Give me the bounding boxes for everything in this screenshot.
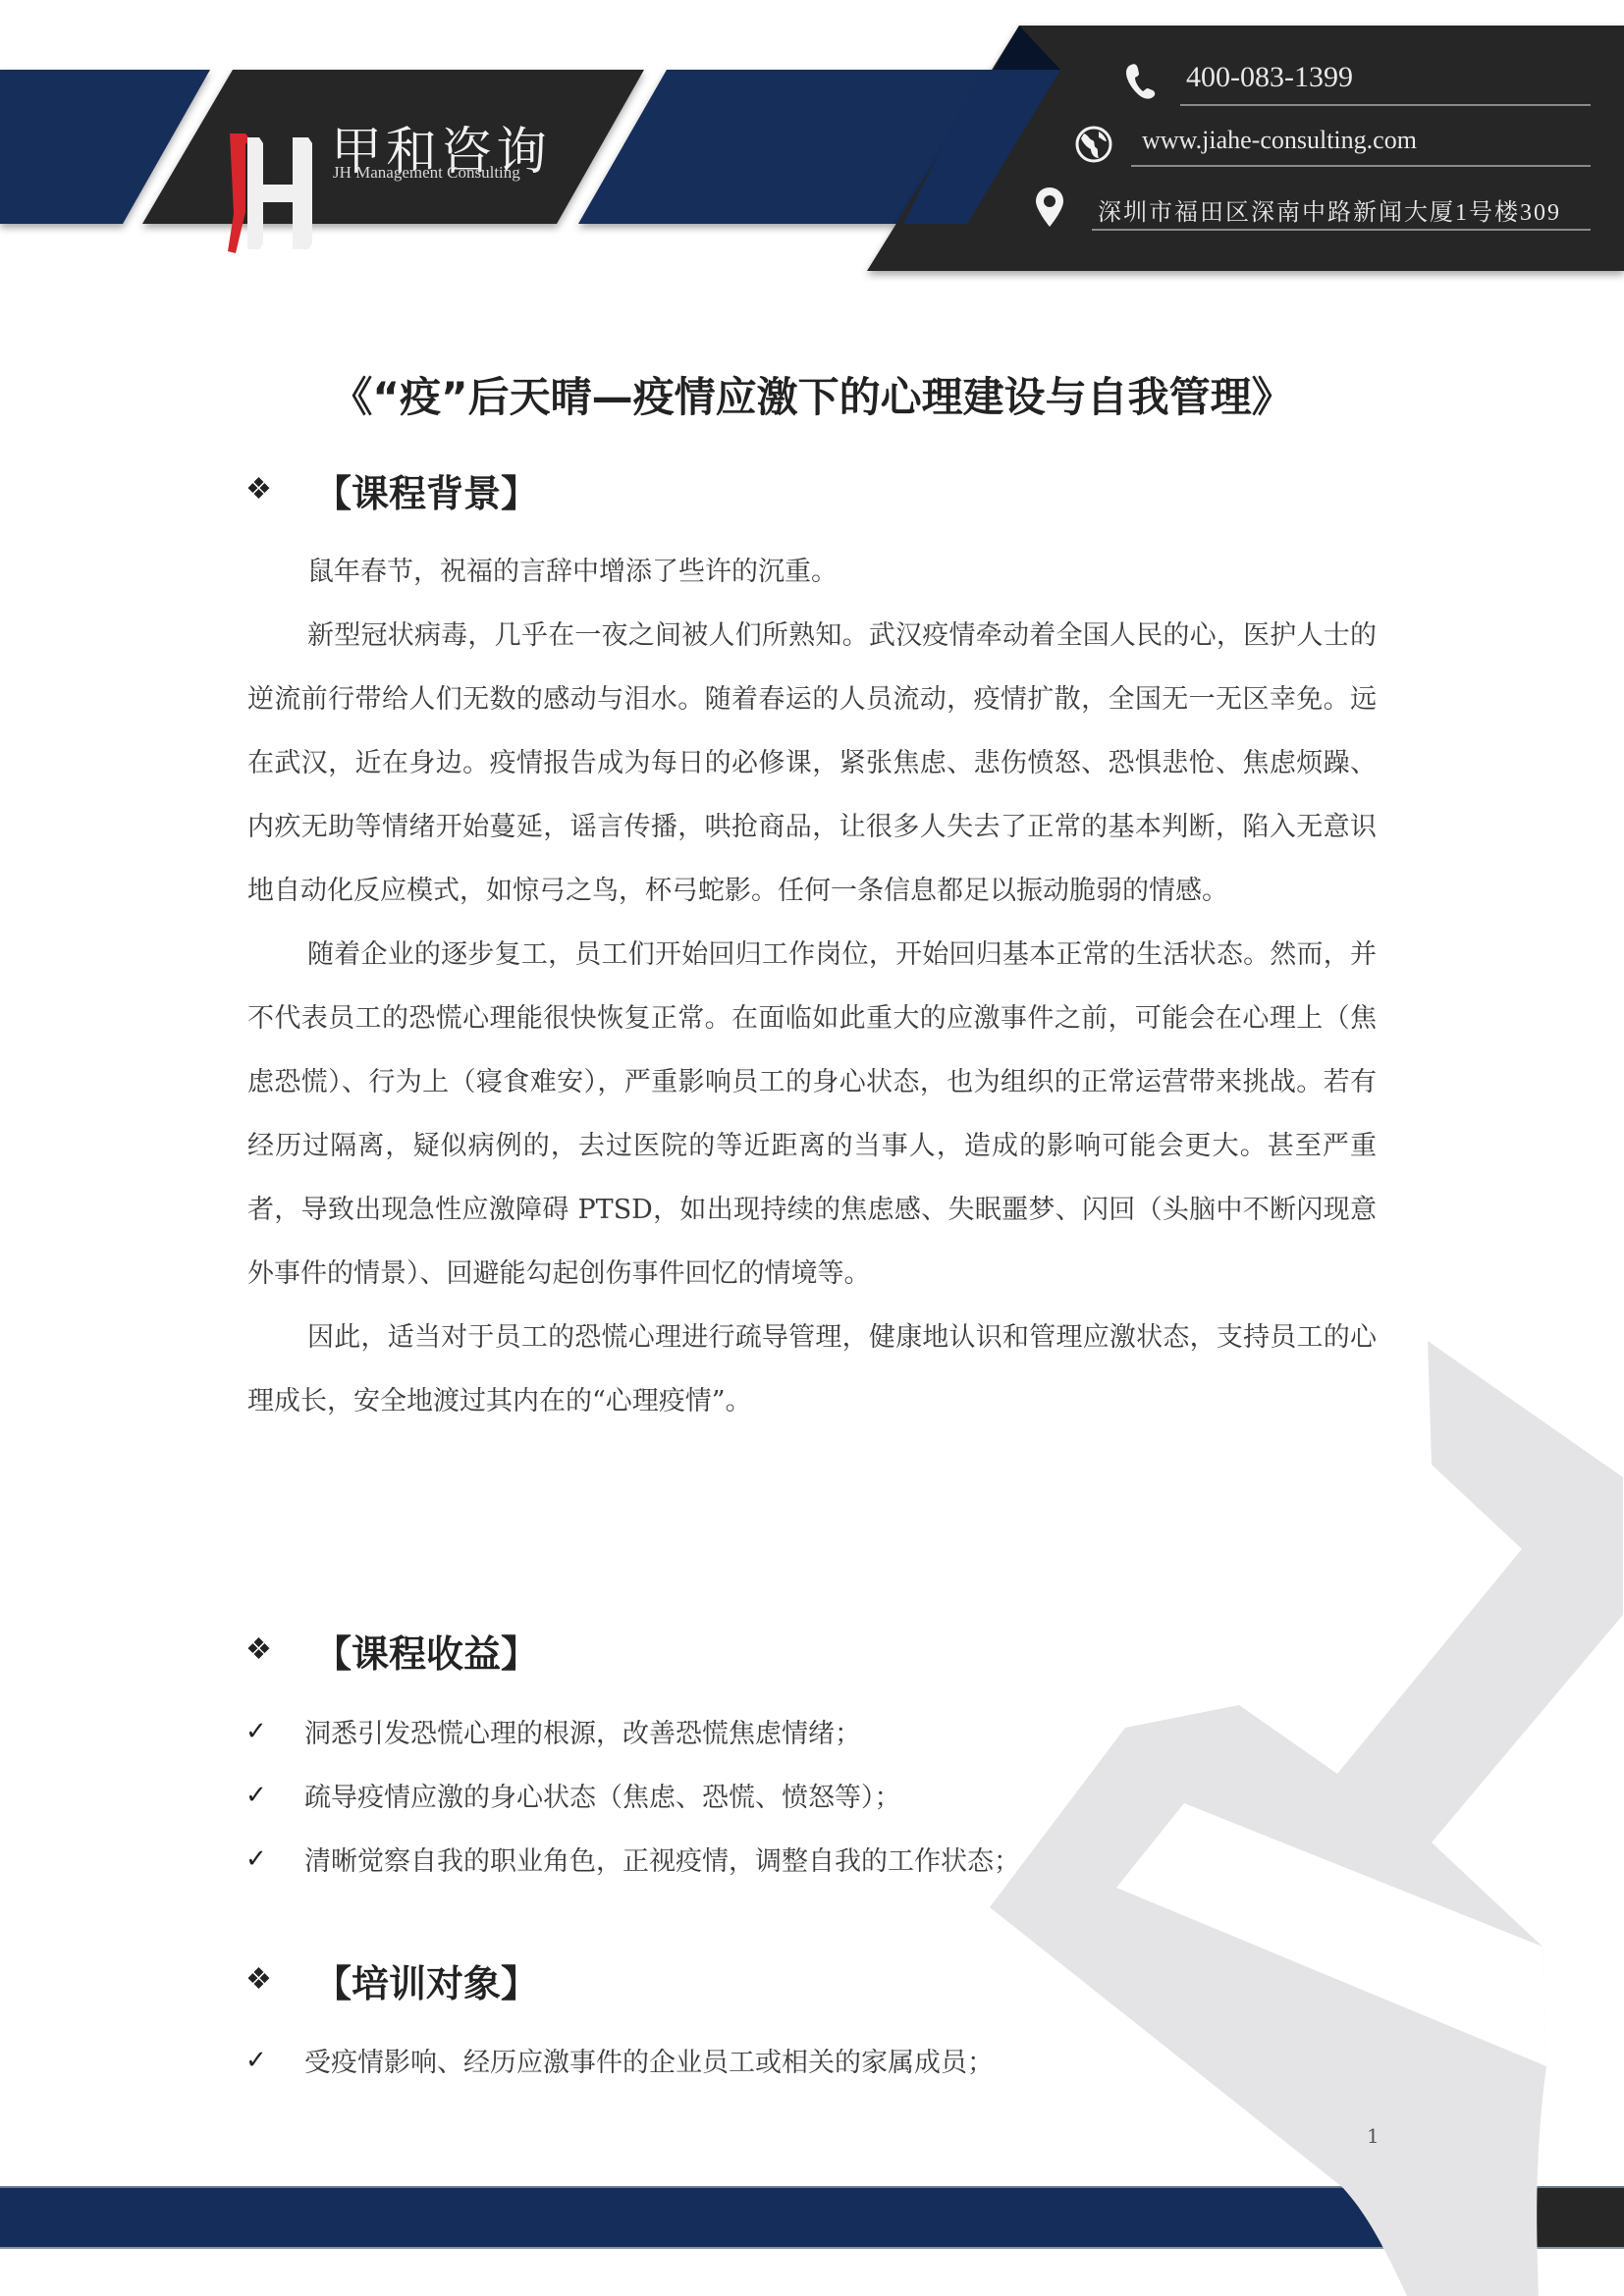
logo-name-en: JH Management Consulting [333, 163, 520, 183]
checkmark-icon: ✓ [245, 2046, 304, 2075]
list-item: ✓ 疏导疫情应激的身心状态（焦虑、恐慌、愤怒等）； [245, 1763, 1375, 1827]
address-underline [1092, 229, 1591, 231]
document-title: 《“疫”后天晴—疫情应激下的心理建设与自我管理》 [0, 365, 1624, 424]
phone-number[interactable]: 400-083-1399 [1186, 61, 1353, 94]
checkmark-icon: ✓ [245, 1844, 304, 1874]
benefits-list: ✓ 洞悉引发恐慌心理的根源，改善恐慌焦虑情绪； ✓ 疏导疫情应激的身心状态（焦虑… [245, 1699, 1375, 1891]
section-heading-text: 【培训对象】 [314, 1953, 538, 2007]
diamond-bullet-icon: ❖ [245, 475, 275, 505]
location-pin-icon [1035, 187, 1064, 228]
paragraph: 新型冠状病毒，几乎在一夜之间被人们所熟知。武汉疫情牵动着全国人民的心，医护人士的… [247, 604, 1377, 923]
globe-icon [1075, 126, 1112, 163]
page-number: 1 [1367, 2124, 1380, 2148]
checkmark-icon: ✓ [245, 1717, 304, 1746]
list-item-text: 受疫情影响、经历应激事件的企业员工或相关的家属成员； [304, 2041, 994, 2079]
section-heading-audience: ❖ 【培训对象】 [245, 1955, 538, 2004]
checkmark-icon: ✓ [245, 1781, 304, 1810]
footer-bar-navy [0, 2187, 1483, 2248]
list-item-text: 清晰觉察自我的职业角色，正视疫情，调整自我的工作状态； [304, 1840, 1020, 1878]
paragraph: 鼠年春节，祝福的言辞中增添了些许的沉重。 [247, 540, 1377, 604]
list-item-text: 洞悉引发恐慌心理的根源，改善恐慌焦虑情绪； [304, 1712, 861, 1750]
background-paragraphs: 鼠年春节，祝福的言辞中增添了些许的沉重。 新型冠状病毒，几乎在一夜之间被人们所熟… [247, 540, 1377, 1433]
phone-icon [1125, 63, 1157, 100]
section-heading-background: ❖ 【课程背景】 [245, 465, 538, 514]
jh-logo-mark [224, 133, 322, 255]
paragraph: 随着企业的逐步复工，员工们开始回归工作岗位，开始回归基本正常的生活状态。然而，并… [247, 923, 1377, 1306]
audience-list: ✓ 受疫情影响、经历应激事件的企业员工或相关的家属成员； [245, 2028, 1375, 2092]
diamond-bullet-icon: ❖ [245, 1965, 275, 1995]
paragraph: 因此，适当对于员工的恐慌心理进行疏导管理，健康地认识和管理应激状态，支持员工的心… [247, 1306, 1377, 1433]
diamond-bullet-icon: ❖ [245, 1635, 275, 1665]
list-item: ✓ 洞悉引发恐慌心理的根源，改善恐慌焦虑情绪； [245, 1699, 1375, 1763]
address-text: 深圳市福田区深南中路新闻大厦1号楼309 [1098, 192, 1561, 227]
section-heading-text: 【课程收益】 [314, 1624, 538, 1678]
website-underline [1131, 165, 1591, 167]
phone-underline [1180, 104, 1591, 106]
section-heading-benefits: ❖ 【课程收益】 [245, 1626, 538, 1675]
list-item: ✓ 受疫情影响、经历应激事件的企业员工或相关的家属成员； [245, 2028, 1375, 2092]
website-link[interactable]: www.jiahe-consulting.com [1142, 126, 1417, 155]
section-heading-text: 【课程背景】 [314, 463, 538, 517]
list-item-text: 疏导疫情应激的身心状态（焦虑、恐慌、愤怒等）； [304, 1776, 901, 1814]
list-item: ✓ 清晰觉察自我的职业角色，正视疫情，调整自我的工作状态； [245, 1827, 1375, 1891]
